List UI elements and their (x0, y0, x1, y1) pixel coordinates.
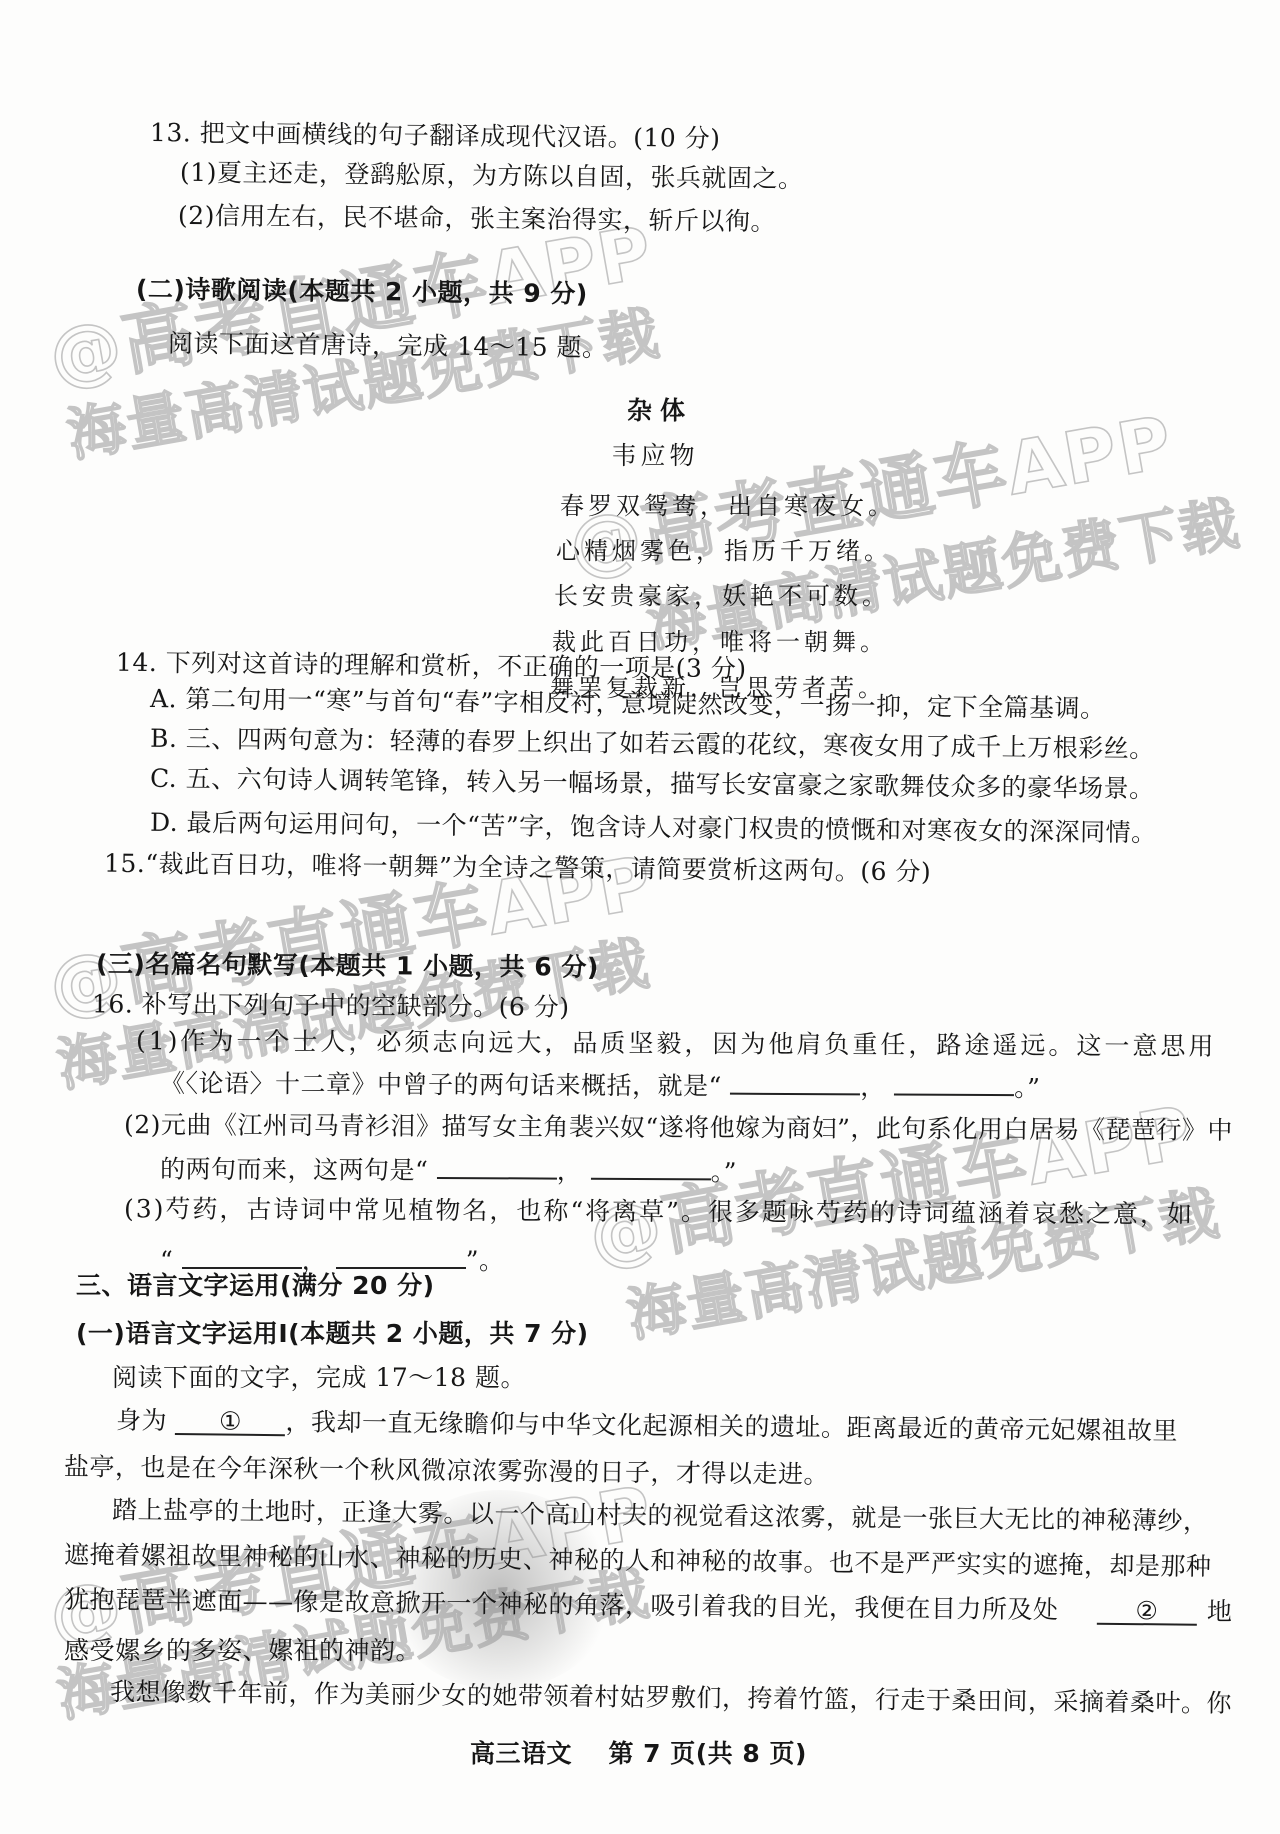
section-recitation-title: (三)名篇名句默写(本题共 1 小题，共 6 分) (96, 948, 599, 984)
passage-line-1: 身为 ①，我却一直无缘瞻仰与中华文化起源相关的遗址。距离最近的黄帝元妃嫘祖故里 (116, 1404, 1178, 1447)
passage-blank-2[interactable]: ② (1097, 1595, 1197, 1626)
passage-line-5-text: 犹抱琵琶半遮面——像是故意掀开一个神秘的角落，吸引着我的目光，我便在目力所及处 (64, 1585, 1059, 1624)
section-poetry-instruction: 阅读下面这首唐诗，完成 14～15 题。 (168, 328, 608, 365)
passage-line-2: 盐亭，也是在今年深秋一个秋风微凉浓雾弥漫的日子，才得以走进。 (64, 1451, 829, 1491)
passage-line-6: 感受嫘乡的多姿、嫘祖的神韵。 (64, 1635, 421, 1667)
q14-option-d: D. 最后两句运用问句，一个“苦”字，饱含诗人对豪门权贵的愤慨和对寒夜女的深深同… (150, 807, 1157, 850)
q14-option-a: A. 第二句用一“寒”与首句“春”字相反衬，意境陡然改变，一扬一抑，定下全篇基调… (150, 683, 1106, 725)
q16-part2-line2: 的两句而来，这两句是“ ， 。” (160, 1153, 737, 1188)
comma: ， (557, 1157, 583, 1186)
comma: ， (860, 1072, 886, 1101)
section3-title: 三、语言文字运用(满分 20 分) (76, 1270, 435, 1302)
q14-option-b: B. 三、四两句意为：轻薄的春罗上织出了如若云霞的花纹，寒夜女用了成千上万根彩丝… (150, 723, 1155, 766)
q16-part3-line1: (3)芍药，古诗词中常见植物名，也称“将离草”。很多题咏芍药的诗词蕴涵着哀愁之意… (124, 1193, 1194, 1231)
answer-blank-2a[interactable] (437, 1155, 557, 1180)
poem-line-2: 心精烟雾色，指历千万绪。 (556, 535, 892, 567)
q16-stem: 16. 补写出下列句子中的空缺部分。(6 分) (92, 988, 570, 1023)
q16-part2-prefix: 的两句而来，这两句是“ (160, 1154, 428, 1184)
poem-line-1: 春罗双鸳鸯，出自寒夜女。 (560, 490, 896, 522)
watermark-sub-1: 海量高清试题免费下载 (60, 286, 665, 473)
footer-subject: 高三语文 (470, 1739, 572, 1768)
passage-line-5: 犹抱琵琶半遮面——像是故意掀开一个神秘的角落，吸引着我的目光，我便在目力所及处 … (64, 1584, 1233, 1628)
q16-part2-suffix: 。” (711, 1157, 737, 1186)
answer-blank-1b[interactable] (894, 1072, 1014, 1097)
section3-instruction: 阅读下面的文字，完成 17～18 题。 (112, 1362, 526, 1394)
section3-subtitle: (一)语言文字运用Ⅰ(本题共 2 小题，共 7 分) (76, 1318, 589, 1350)
q16-part1-prefix: 《〈论语〉十二章》中曾子的两句话来概括，就是“ (160, 1069, 722, 1101)
passage-line-5-post: 地 (1207, 1597, 1233, 1626)
blank-number-1: ① (219, 1406, 242, 1438)
passage-line-1-pre: 身为 (116, 1405, 167, 1435)
poem-title: 杂体 (600, 395, 720, 427)
answer-blank-2b[interactable] (591, 1156, 711, 1181)
q13-sentence-1: (1)夏主还走，登鹞舩原，为方陈以自固，张兵就固之。 (180, 157, 804, 196)
q16-part2-line1: (2)元曲《江州司马青衫泪》描写女主角裴兴奴“遂将他嫁为商妇”，此句系化用白居易… (124, 1109, 1233, 1147)
q14-option-c: C. 五、六句诗人调转笔锋，转入另一幅场景，描写长安富豪之家歌舞伎众多的豪华场景… (150, 763, 1155, 806)
q16-part1-line2: 《〈论语〉十二章》中曾子的两句话来概括，就是“ ， 。” (160, 1068, 1041, 1105)
q13-sentence-2: (2)信用左右，民不堪命，张主案治得实，斩斤以徇。 (178, 200, 776, 238)
poem-author: 韦应物 (590, 440, 720, 472)
passage-line-3: 踏上盐亭的土地时，正逢大雾。以一个高山村夫的视觉看这浓雾，就是一张巨大无比的神秘… (112, 1494, 1209, 1537)
answer-blank-3b[interactable] (336, 1245, 466, 1269)
q16-part1-line1: (1)作为一个士人，必须志向远大，品质坚毅，因为他肩负重任，路途遥远。这一意思用 (136, 1025, 1217, 1063)
q16-part3-suffix: ”。 (466, 1246, 505, 1275)
q14-stem: 14. 下列对这首诗的理解和赏析，不正确的一项是(3 分) (116, 647, 747, 686)
passage-blank-1[interactable]: ① (175, 1405, 285, 1436)
passage-line-4: 遮掩着嫘祖故里神秘的山水、神秘的历史、神秘的人和神秘的故事。也不是严严实实的遮掩… (64, 1539, 1212, 1583)
footer: 高三语文 第 7 页(共 8 页) (470, 1738, 807, 1770)
passage-line-1-post: ，我却一直无缘瞻仰与中华文化起源相关的遗址。距离最近的黄帝元妃嫘祖故里 (285, 1407, 1178, 1445)
passage-line-7: 我想像数千年前，作为美丽少女的她带领着村姑罗敷们，挎着竹篮，行走于桑田间，采摘着… (110, 1676, 1232, 1720)
q16-part1-suffix: 。” (1014, 1073, 1040, 1102)
section-poetry-title: (二)诗歌阅读(本题共 2 小题，共 9 分) (136, 274, 588, 311)
watermark-sub-4: 海量高清试题免费下载 (620, 1166, 1225, 1353)
poem-line-3: 长安贵豪家，妖艳不可数。 (554, 580, 890, 612)
q15-stem: 15.“裁此百日功，唯将一朝舞”为全诗之警策，请简要赏析这两句。(6 分) (104, 848, 931, 889)
q13-stem: 13. 把文中画横线的句子翻译成现代汉语。(10 分) (150, 117, 721, 155)
blank-number-2: ② (1135, 1595, 1158, 1627)
answer-blank-1a[interactable] (730, 1071, 860, 1096)
answer-blank-3a[interactable] (182, 1245, 302, 1269)
footer-page-number: 第 7 页(共 8 页) (608, 1739, 806, 1768)
